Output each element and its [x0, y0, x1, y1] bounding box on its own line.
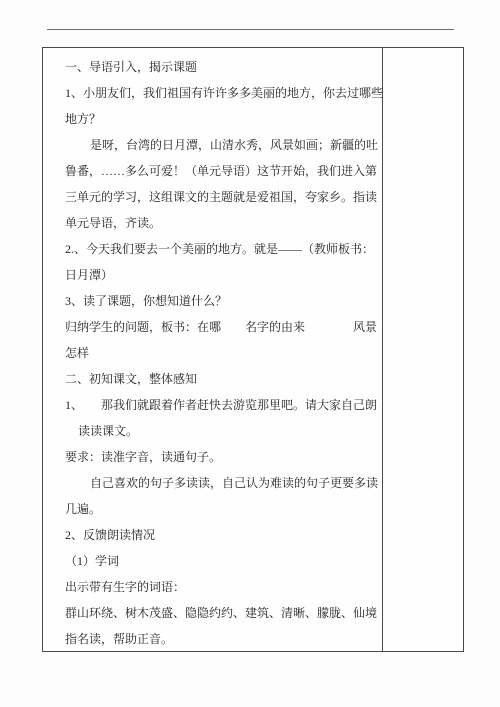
notes-column-cell [383, 48, 463, 651]
lesson-plan-table: 一、导语引入，揭示课题 1、小朋友们，我们祖国有许许多多美丽的地方，你去过哪些 … [42, 47, 464, 652]
text-line: 自己喜欢的句子多读读，自己认为难读的句子更要多读 [65, 470, 380, 496]
text-line: 一、导语引入，揭示课题 [65, 54, 380, 80]
text-line: 几遍。 [65, 496, 380, 522]
text-line: 1、小朋友们，我们祖国有许许多多美丽的地方，你去过哪些 [65, 80, 380, 106]
text-line: 群山环绕、树木茂盛、隐隐约约、建筑、清晰、朦胧、仙境 [65, 600, 380, 626]
text-line: 指名读，帮助正音。 [65, 626, 380, 651]
lesson-content-cell: 一、导语引入，揭示课题 1、小朋友们，我们祖国有许许多多美丽的地方，你去过哪些 … [43, 48, 383, 651]
text-line: 单元导语，齐读。 [65, 210, 380, 236]
header-underline [47, 29, 454, 30]
text-line: 鲁番，……多么可爱！（单元导语）这节开始，我们进入第 [65, 158, 380, 184]
text-line: 地方？ [65, 106, 380, 132]
text-line: 二、初知课文，整体感知 [65, 366, 380, 392]
text-line: 2.、今天我们要去一个美丽的地方。就是——（教师板书： [65, 236, 380, 262]
text-line: 出示带有生字的词语： [65, 574, 380, 600]
text-line: 归纳学生的问题，板书：在哪 名字的由来 风景 [65, 314, 380, 340]
text-line: 怎样 [65, 340, 380, 366]
text-line: 日月潭） [65, 262, 380, 288]
text-line: 要求：读准字音，读通句子。 [65, 444, 380, 470]
text-line: （1）学词 [65, 548, 380, 574]
text-line: 1、 那我们就跟着作者赶快去游览那里吧。请大家自己朗 [65, 392, 380, 418]
text-line: 3、读了课题，你想知道什么？ [65, 288, 380, 314]
text-line: 三单元的学习，这组课文的主题就是爱祖国，夸家乡。指读 [65, 184, 380, 210]
text-line: 读读课文。 [65, 418, 380, 444]
text-line: 是呀，台湾的日月潭，山清水秀，风景如画；新疆的吐 [65, 132, 380, 158]
document-page: 一、导语引入，揭示课题 1、小朋友们，我们祖国有许许多多美丽的地方，你去过哪些 … [0, 0, 500, 707]
text-line: 2、反馈朗读情况 [65, 522, 380, 548]
